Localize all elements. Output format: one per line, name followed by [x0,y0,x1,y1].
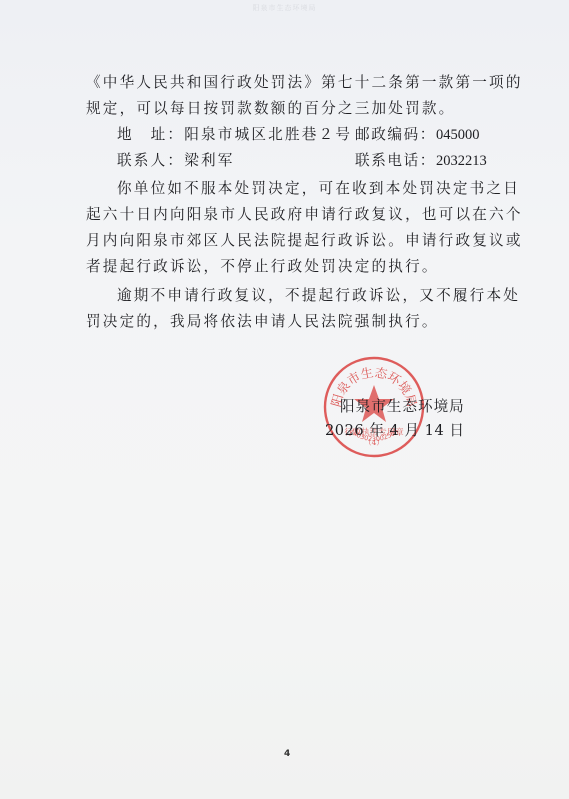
phone-value: 2032213 [436,153,487,169]
postcode-value: 045000 [436,127,480,143]
contact-person-row: 联系人：梁利军 [117,152,235,170]
postcode-label: 邮政编码： [355,126,436,143]
paragraph-1-line-2: 规定，可以每日按罚款数额的百分之三加处罚款。 [86,100,455,118]
paragraph-2-line-4: 者提起行政诉讼，不停止行政处罚决定的执行。 [86,258,439,276]
contact-label: 联系人： [117,152,184,169]
paragraph-2-line-2: 起六十日内向阳泉市人民政府申请行政复议，也可以在六个 [86,206,523,224]
paragraph-3-line-1: 逾期不申请行政复议，不提起行政诉讼，又不履行本处 [117,287,520,305]
issue-date: 2026 年 4 月 14 日 [325,419,464,440]
paragraph-2-line-1: 你单位如不服本处罚决定，可在收到本处罚决定书之日 [117,180,520,198]
address-value: 阳泉市城区北胜巷２号 [184,126,352,143]
paragraph-3-line-2: 罚决定的，我局将依法申请人民法院强制执行。 [86,313,439,331]
faint-header-text: 阳泉市生态环境局 [0,3,569,13]
page-number: 4 [284,749,290,759]
address-row: 地 址：阳泉市城区北胜巷２号 [117,126,352,144]
paragraph-1-line-1: 《中华人民共和国行政处罚法》第七十二条第一款第一项的 [86,74,523,92]
issuing-organization: 阳泉市生态环境局 [340,395,465,416]
paragraph-2-line-3: 月内向阳泉市郊区人民法院提起行政诉讼。申请行政复议或 [86,232,523,250]
phone-label: 联系电话： [355,152,436,169]
phone-row: 联系电话：2032213 [355,152,487,170]
postcode-row: 邮政编码：045000 [355,126,479,144]
contact-value: 梁利军 [184,152,234,169]
address-label: 地 址： [117,126,184,143]
document-page: 阳泉市生态环境局 《中华人民共和国行政处罚法》第七十二条第一款第一项的 规定，可… [0,0,569,799]
